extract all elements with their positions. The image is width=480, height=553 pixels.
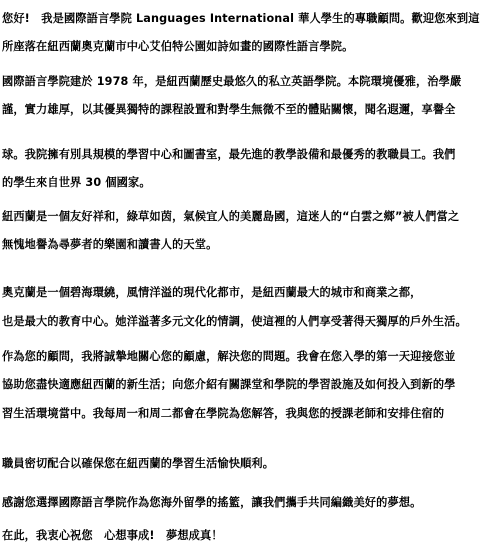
history-line-3: 球。我院擁有別具規模的學習中心和圖書室，最先進的教學設備和最優秀的教職員工。我們 — [2, 148, 456, 162]
history-line-4: 的學生來自世界 30 個國家。 — [2, 176, 151, 190]
nz-line-2: 無愧地譽為尋夢者的樂園和讀書人的天堂。 — [2, 238, 217, 252]
greeting-line-1: 您好! 我是國際語言學院 Languages International 華人學… — [2, 12, 480, 26]
advisor-line-1: 作為您的顧問，我將誠摯地關心您的顧慮，解決您的問題。我會在您入學的第一天迎接您並 — [2, 350, 456, 364]
advisor-line-3: 習生活環境當中。我每周一和周二都會在學院為您解答，我與您的授課老師和安排住宿的 — [2, 407, 444, 421]
advisor-line-4: 職員密切配合以確保您在紐西蘭的學習生活愉快順利。 — [2, 457, 274, 471]
history-line-2: 謹，實力雄厚，以其優異獨特的課程設置和對學生無微不至的體貼關懷，聞名遐邇，享譽全 — [2, 103, 456, 117]
auckland-line-2: 也是最大的教育中心。她洋溢著多元文化的情調，使這裡的人們享受著得天獨厚的戶外生活… — [2, 315, 467, 329]
thanks-line: 感謝您選擇國際語言學院作為您海外留學的搖籃，讓我們攜手共同編織美好的夢想。 — [2, 496, 422, 510]
history-line-1: 國際語言學院建於 1978 年，是紐西蘭歷史最悠久的私立英語學院。本院環境優雅，… — [2, 75, 461, 89]
greeting-line-2: 所座落在紐西蘭奧克蘭市中心艾伯特公園如詩如畫的國際性語言學院。 — [2, 40, 353, 54]
closing-line: 在此，我衷心祝您 心想事成! 夢想成真！ — [2, 529, 223, 543]
nz-line-1: 紐西蘭是一個友好祥和，綠草如茵，氣候宜人的美麗島國，這迷人的“白雲之鄉”被人們當… — [2, 210, 459, 224]
advisor-line-2: 協助您盡快適應紐西蘭的新生活；向您介紹有關課堂和學院的學習設施及如何投入到新的學 — [2, 378, 456, 392]
document-page: 您好! 我是國際語言學院 Languages International 華人學… — [0, 0, 480, 553]
auckland-line-1: 奧克蘭是一個碧海環繞，風情洋溢的現代化都市，是紐西蘭最大的城市和商業之都， — [2, 286, 422, 300]
